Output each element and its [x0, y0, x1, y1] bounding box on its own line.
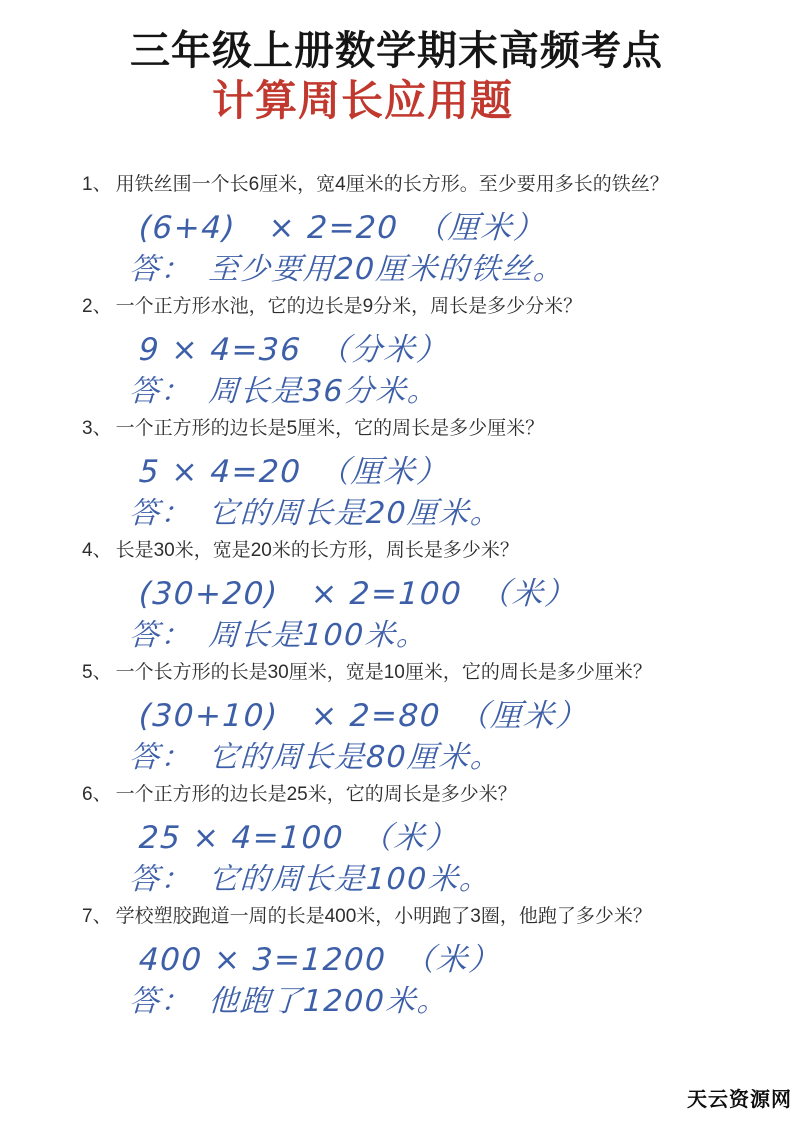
problem-question: 7、学校塑胶跑道一周的长是400米，小明跑了3圈，他跑了多少米？	[82, 906, 733, 928]
problem-number: 4、	[82, 540, 116, 561]
problem-item-6: 6、一个正方形的边长是25米，它的周长是多少米？ 25 × 4=100 （米） …	[82, 784, 733, 898]
watermark: 天云资源网	[687, 1083, 793, 1112]
problem-answer: 答： 它的周长是80厘米。	[82, 740, 735, 776]
problem-equation: 25 × 4=100 （米）	[82, 820, 735, 856]
page-title: 三年级上册数学期末高频考点	[0, 26, 793, 76]
problem-item-3: 3、一个正方形的边长是5厘米，它的周长是多少厘米？ 5 × 4=20 （厘米） …	[82, 418, 733, 532]
problem-list: 1、用铁丝围一个长6厘米，宽4厘米的长方形。至少要用多长的铁丝？ (6+4) ×…	[0, 126, 793, 1020]
problem-equation: 400 × 3=1200 （米）	[82, 942, 735, 978]
problem-number: 5、	[82, 662, 116, 683]
problem-question-text: 长是30米，宽是20米的长方形，周长是多少米？	[116, 540, 519, 561]
problem-question-text: 一个正方形的边长是25米，它的周长是多少米？	[116, 784, 517, 805]
problem-equation: (30+10) × 2=80 （厘米）	[82, 698, 735, 734]
problem-question: 6、一个正方形的边长是25米，它的周长是多少米？	[82, 784, 733, 806]
problem-question-text: 一个正方形水池，它的边长是9分米，周长是多少分米？	[116, 296, 583, 317]
problem-number: 7、	[82, 906, 116, 927]
problem-number: 2、	[82, 296, 116, 317]
worksheet-page: 三年级上册数学期末高频考点 计算周长应用题 1、用铁丝围一个长6厘米，宽4厘米的…	[0, 0, 793, 1122]
problem-question: 4、长是30米，宽是20米的长方形，周长是多少米？	[82, 540, 733, 562]
problem-answer: 答： 周长是100米。	[82, 618, 735, 654]
problem-item-2: 2、一个正方形水池，它的边长是9分米，周长是多少分米？ 9 × 4=36 （分米…	[82, 296, 733, 410]
page-subtitle: 计算周长应用题	[0, 78, 759, 126]
problem-question: 3、一个正方形的边长是5厘米，它的周长是多少厘米？	[82, 418, 733, 440]
problem-item-5: 5、一个长方形的长是30厘米，宽是10厘米，它的周长是多少厘米？ (30+10)…	[82, 662, 733, 776]
problem-number: 3、	[82, 418, 116, 439]
problem-question-text: 用铁丝围一个长6厘米，宽4厘米的长方形。至少要用多长的铁丝？	[116, 174, 669, 195]
problem-answer: 答： 至少要用20厘米的铁丝。	[82, 252, 735, 288]
problem-question: 5、一个长方形的长是30厘米，宽是10厘米，它的周长是多少厘米？	[82, 662, 733, 684]
problem-number: 6、	[82, 784, 116, 805]
problem-answer: 答： 他跑了1200米。	[82, 984, 735, 1020]
problem-answer: 答： 周长是36分米。	[82, 374, 735, 410]
problem-equation: 5 × 4=20 （厘米）	[82, 454, 735, 490]
problem-equation: (30+20) × 2=100 （米）	[82, 576, 735, 612]
problem-question: 2、一个正方形水池，它的边长是9分米，周长是多少分米？	[82, 296, 733, 318]
problem-question-text: 一个正方形的边长是5厘米，它的周长是多少厘米？	[116, 418, 545, 439]
problem-question-text: 学校塑胶跑道一周的长是400米，小明跑了3圈，他跑了多少米？	[116, 906, 652, 927]
problem-answer: 答： 它的周长是100米。	[82, 862, 735, 898]
problem-answer: 答： 它的周长是20厘米。	[82, 496, 735, 532]
problem-equation: (6+4) × 2=20 （厘米）	[82, 210, 735, 246]
problem-item-7: 7、学校塑胶跑道一周的长是400米，小明跑了3圈，他跑了多少米？ 400 × 3…	[82, 906, 733, 1020]
problem-number: 1、	[82, 174, 116, 195]
problem-equation: 9 × 4=36 （分米）	[82, 332, 735, 368]
problem-item-1: 1、用铁丝围一个长6厘米，宽4厘米的长方形。至少要用多长的铁丝？ (6+4) ×…	[82, 174, 733, 288]
problem-question-text: 一个长方形的长是30厘米，宽是10厘米，它的周长是多少厘米？	[116, 662, 652, 683]
problem-question: 1、用铁丝围一个长6厘米，宽4厘米的长方形。至少要用多长的铁丝？	[82, 174, 733, 196]
problem-item-4: 4、长是30米，宽是20米的长方形，周长是多少米？ (30+20) × 2=10…	[82, 540, 733, 654]
